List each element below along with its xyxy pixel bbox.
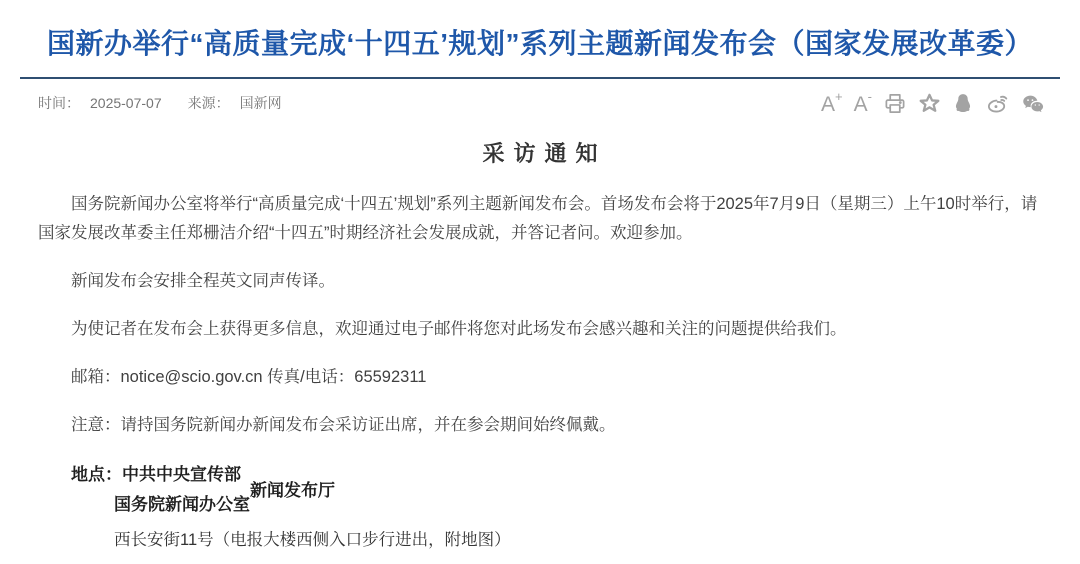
article-toolbar: A+ A- [821,92,1046,115]
paragraph-interpretation: 新闻发布会安排全程英文同声传译。 [38,267,1042,296]
notice-heading: 采访通知 [0,139,1080,169]
article-page: 国新办举行“高质量完成‘十四五’规划”系列主题新闻发布会（国家发展改革委） 时间… [0,0,1080,564]
source-label: 来源： [188,95,230,111]
time-value: 2025-07-07 [90,95,162,111]
venue-address: 西长安街11号（电报大楼西侧入口步行进出，附地图） [38,527,1042,553]
article-meta: 时间：2025-07-07来源：国新网 [38,93,282,113]
meta-row: 时间：2025-07-07来源：国新网 A+ A- [0,79,1080,117]
font-increase-button[interactable]: A+ [821,92,843,115]
qq-icon[interactable] [952,92,974,115]
paragraph-contact: 邮箱：notice@scio.gov.cn 传真/电话：65592311 [38,363,1042,392]
venue-org-1: 中共中央宣传部 [122,465,241,484]
venue-block: 地点：中共中央宣传部 国务院新闻办公室 新闻发布厅 西长安街11号（电报大楼西侧… [38,460,1042,553]
page-title: 国新办举行“高质量完成‘十四五’规划”系列主题新闻发布会（国家发展改革委） [0,0,1080,62]
paragraph-notice: 注意：请持国务院新闻办新闻发布会采访证出席，并在参会期间始终佩戴。 [38,411,1042,440]
font-decrease-button[interactable]: A- [854,92,872,115]
wechat-icon[interactable] [1021,92,1046,115]
venue-hall: 新闻发布厅 [250,476,335,506]
printer-icon[interactable] [883,92,907,115]
venue-line-1: 地点：中共中央宣传部 [38,460,1042,490]
venue-label: 地点： [71,465,122,484]
paragraph-email-invite: 为使记者在发布会上获得更多信息，欢迎通过电子邮件将您对此场发布会感兴趣和关注的问… [38,315,1042,344]
article-body: 国务院新闻办公室将举行“高质量完成‘十四五’规划”系列主题新闻发布会。首场发布会… [0,190,1080,440]
time-label: 时间： [38,95,80,111]
source-value: 国新网 [240,95,282,111]
paragraph-intro: 国务院新闻办公室将举行“高质量完成‘十四五’规划”系列主题新闻发布会。首场发布会… [38,190,1042,248]
venue-org-2: 国务院新闻办公室 [38,490,1042,520]
weibo-icon[interactable] [985,92,1010,115]
star-icon[interactable] [918,92,941,115]
